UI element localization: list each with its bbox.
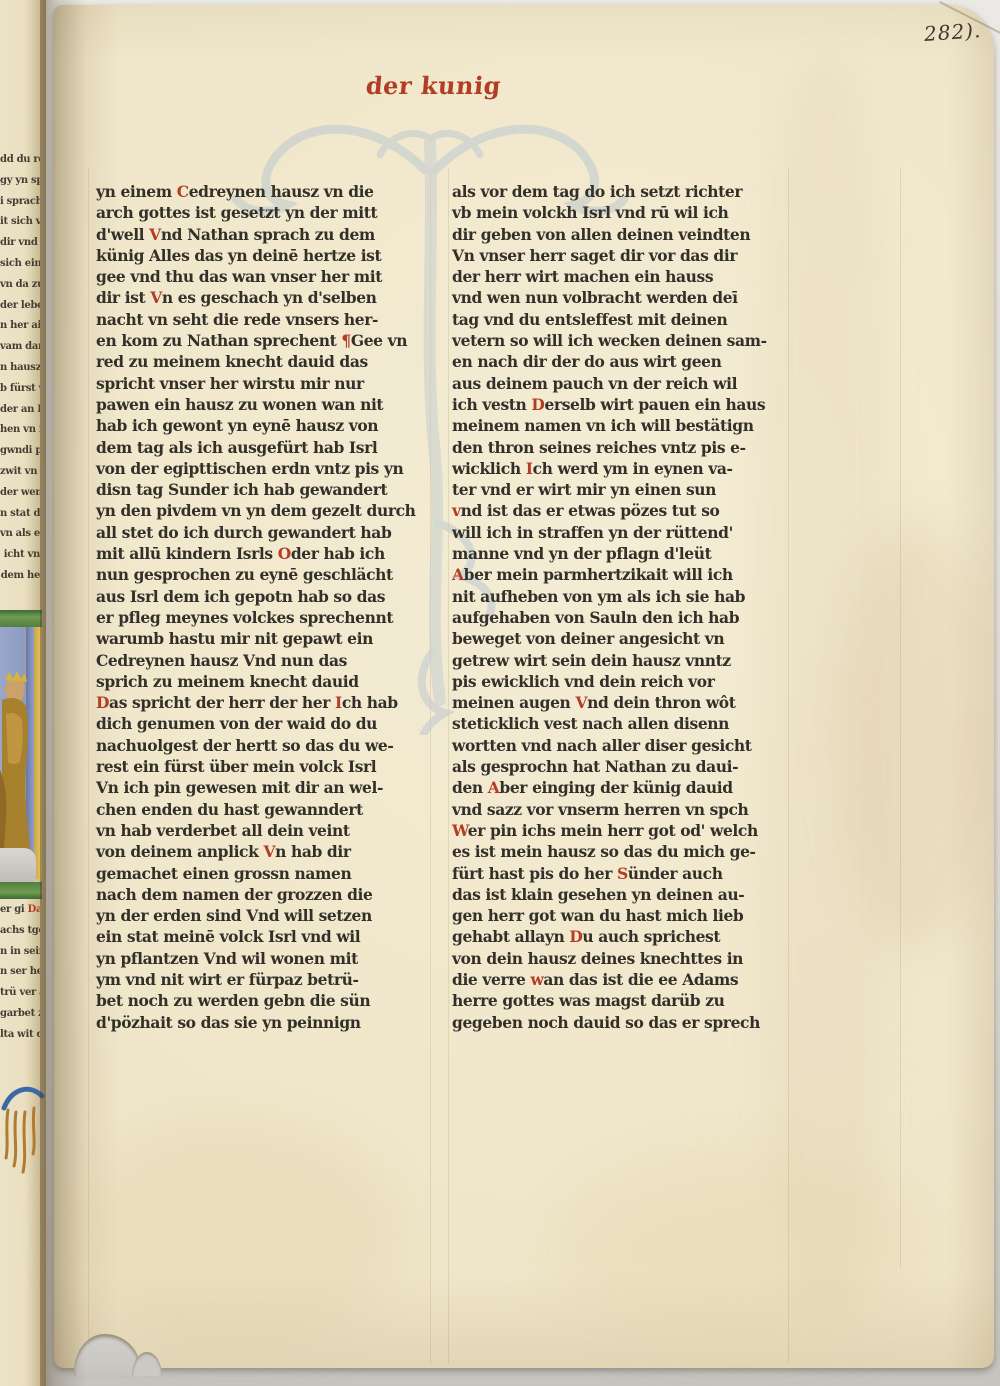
- text-line: dem tag als ich ausgefürt hab Isrl: [96, 437, 434, 458]
- red-initial: W: [452, 821, 468, 840]
- text-line: nit aufheben von ym als ich sie hab: [452, 586, 790, 607]
- text-line: gehabt allayn Du auch sprichest: [452, 926, 790, 947]
- red-initial: S: [617, 864, 628, 883]
- text-line: gen herr got wan du hast mich lieb: [452, 905, 790, 926]
- text-line: dich genumen von der waid do du: [96, 713, 434, 734]
- text-line: getrew wirt sein dein hausz vnntz: [452, 650, 790, 671]
- text-line: nun gesprochen zu eynē geschlächt: [96, 564, 434, 585]
- text-line: n hausz vnd: [0, 358, 40, 379]
- text-line: dd du rech: [0, 150, 40, 171]
- text-line: all stet do ich durch gewandert hab: [96, 522, 434, 543]
- text-line: von der egipttischen erdn vntz pis yn: [96, 458, 434, 479]
- text-line: hen vn ist: [0, 420, 40, 441]
- text-line: dir ist Vn es geschach yn d'selben: [96, 287, 434, 308]
- red-initial: C: [177, 182, 189, 201]
- red-initial: V: [150, 288, 162, 307]
- text-line: nacht vn seht die rede vnsers her-: [96, 309, 434, 330]
- text-line: icht vn: [0, 545, 40, 566]
- text-line: Aber mein parmhertzikait will ich: [452, 564, 790, 585]
- text-line: d'pözhait so das sie yn peinnign: [96, 1012, 434, 1033]
- text-line: chen enden du hast gewanndert: [96, 799, 434, 820]
- text-line: n ser herr ber: [0, 962, 40, 983]
- text-line: fürt hast pis do her Sünder auch: [452, 863, 790, 884]
- seated-king-figure: [0, 670, 36, 860]
- text-line: n stat dem: [0, 504, 40, 525]
- text-line: vn als er: [0, 524, 40, 545]
- text-line: en nach dir der do aus wirt geen: [452, 351, 790, 372]
- text-line: pawen ein hausz zu wonen wan nit: [96, 394, 434, 415]
- text-line: bet noch zu werden gebn die sün: [96, 990, 434, 1011]
- text-line: gee vnd thu das wan vnser her mit: [96, 266, 434, 287]
- text-line: d'well Vnd Nathan sprach zu dem: [96, 224, 434, 245]
- penwork-flourish: [0, 1082, 46, 1182]
- text-line: die verre wan das ist die ee Adams: [452, 969, 790, 990]
- text-line: wicklich Ich werd ym in eynen va-: [452, 458, 790, 479]
- text-line: der wen w: [0, 483, 40, 504]
- text-line: der herr wirt machen ein hauss: [452, 266, 790, 287]
- text-line: b fürst wit: [0, 379, 40, 400]
- red-initial: Daui: [28, 904, 40, 915]
- text-line: beweget von deiner angesicht vn: [452, 628, 790, 649]
- text-line: mit allū kindern Isrls Oder hab ich: [96, 543, 434, 564]
- red-initial: I: [526, 459, 533, 478]
- red-initial: ¶: [341, 331, 350, 350]
- text-line: Vn vnser herr saget dir vor das dir: [452, 245, 790, 266]
- text-line: achs tgo deū: [0, 921, 40, 942]
- text-line: vnd ist das er etwas pözes tut so: [452, 500, 790, 521]
- text-line: als gesprochn hat Nathan zu daui-: [452, 756, 790, 777]
- text-line: rest ein fürst über mein volck Isrl: [96, 756, 434, 777]
- rubric-header: der kunig: [365, 71, 503, 100]
- text-line: spricht vnser her wirstu mir nur: [96, 373, 434, 394]
- text-line: dir geben von allen deinen veindten: [452, 224, 790, 245]
- text-line: arch gottes ist gesetzt yn der mitt: [96, 202, 434, 223]
- miniature-base: [0, 848, 36, 882]
- text-line: hab ich gewont yn eynē hausz von: [96, 415, 434, 436]
- text-line: zwit vn me: [0, 462, 40, 483]
- text-line: meinen augen Vnd dein thron wôt: [452, 692, 790, 713]
- text-line: meinem namen vn ich will bestätign: [452, 415, 790, 436]
- text-line: als vor dem tag do ich setzt richter: [452, 181, 790, 202]
- text-line: it sich vo: [0, 212, 40, 233]
- red-initial: A: [452, 565, 464, 584]
- text-line: sprich zu meinem knecht dauid: [96, 671, 434, 692]
- text-line: von deinem anplick Vn hab dir: [96, 841, 434, 862]
- text-line: warumb hastu mir nit gepawt ein: [96, 628, 434, 649]
- text-line: den Aber einging der künig dauid: [452, 777, 790, 798]
- text-line: n in sein au: [0, 942, 40, 963]
- text-line: vetern so will ich wecken deinen sam-: [452, 330, 790, 351]
- text-line: der an Isrl: [0, 400, 40, 421]
- text-line: gwndi put: [0, 441, 40, 462]
- text-line: aus Isrl dem ich gepotn hab so das: [96, 586, 434, 607]
- text-line: trü ver alla: [0, 983, 40, 1004]
- text-line: gy yn spr: [0, 171, 40, 192]
- text-line: gemachet einen grossn namen: [96, 863, 434, 884]
- text-line: yn einem Cedreynen hausz vn die: [96, 181, 434, 202]
- text-line: vam dann: [0, 337, 40, 358]
- text-line: Vn ich pin gewesen mit dir an wel-: [96, 777, 434, 798]
- red-initial: V: [263, 842, 275, 861]
- text-line: sich einer an: [0, 254, 40, 275]
- red-initial: I: [335, 693, 342, 712]
- text-line: vn da zu sp: [0, 275, 40, 296]
- red-initial: V: [575, 693, 587, 712]
- facing-page-edge: dd du rechgy yn spri sprach zeit sich vo…: [0, 0, 46, 1386]
- text-line: Das spricht der herr der her Ich hab: [96, 692, 434, 713]
- miniature-illustration: [0, 610, 42, 902]
- folio-number: 282).: [923, 18, 982, 46]
- text-line: er pfleg meynes volckes sprechennt: [96, 607, 434, 628]
- text-line: dir vnd se: [0, 233, 40, 254]
- text-column-1: yn einem Cedreynen hausz vn diearch gott…: [96, 181, 434, 1033]
- text-line: ich vestn Derselb wirt pauen ein haus: [452, 394, 790, 415]
- red-initial: D: [531, 395, 544, 414]
- text-line: nach dem namen der grozzen die: [96, 884, 434, 905]
- red-initial: v: [452, 501, 461, 520]
- text-line: Cedreynen hausz Vnd nun das: [96, 650, 434, 671]
- miniature-top-border: [0, 610, 42, 627]
- ruling-line: [448, 168, 449, 1364]
- text-line: manne vnd yn der pflagn d'leüt: [452, 543, 790, 564]
- miniature-bottom-border: [0, 882, 42, 899]
- text-line: pis ewicklich vnd dein reich vor: [452, 671, 790, 692]
- text-line: vnd sazz vor vnserm herren vn spch: [452, 799, 790, 820]
- text-line: den thron seines reiches vntz pis e-: [452, 437, 790, 458]
- text-line: aufgehaben von Sauln den ich hab: [452, 607, 790, 628]
- text-line: ein stat meinē volck Isrl vnd wil: [96, 926, 434, 947]
- text-line: vn hab verderbet all dein veint: [96, 820, 434, 841]
- facing-page-text-fragments-upper: dd du rechgy yn spri sprach zeit sich vo…: [0, 150, 40, 596]
- text-line: er gi Daui: [0, 900, 40, 921]
- red-initial: w: [530, 970, 543, 989]
- text-line: yn der erden sind Vnd will setzen: [96, 905, 434, 926]
- text-line: lta wit do: [0, 1025, 40, 1046]
- facing-page-text-fragments-lower: er gi Dauiachs tgo deūn in sein aun ser …: [0, 900, 40, 1066]
- text-line: von dein hausz deines knechttes in: [452, 948, 790, 969]
- text-line: i sprach ze: [0, 192, 40, 213]
- text-line: vb mein volckh Isrl vnd rū wil ich: [452, 202, 790, 223]
- text-line: steticklich vest nach allen disenn: [452, 713, 790, 734]
- red-initial: O: [278, 544, 291, 563]
- text-line: Wer pin ichs mein herr got od' welch: [452, 820, 790, 841]
- text-line: nachuolgest der hertt so das du we-: [96, 735, 434, 756]
- text-line: dem he: [0, 566, 40, 587]
- text-line: red zu meinem knecht dauid das: [96, 351, 434, 372]
- ruling-line: [900, 168, 901, 1268]
- text-line: en kom zu Nathan sprechent ¶Gee vn: [96, 330, 434, 351]
- red-initial: D: [569, 927, 582, 946]
- text-line: will ich in straffen yn der rüttend': [452, 522, 790, 543]
- text-line: ter vnd er wirt mir yn einen sun: [452, 479, 790, 500]
- text-line: disn tag Sunder ich hab gewandert: [96, 479, 434, 500]
- ruling-line: [88, 168, 89, 1364]
- text-line: yn pflantzen Vnd wil wonen mit: [96, 948, 434, 969]
- text-line: garbet zu ka: [0, 1004, 40, 1025]
- manuscript-photo: dd du rechgy yn spri sprach zeit sich vo…: [0, 0, 1000, 1386]
- red-initial: D: [96, 693, 109, 712]
- text-line: yn den pivdem vn yn dem gezelt durch: [96, 500, 434, 521]
- text-line: aus deinem pauch vn der reich wil: [452, 373, 790, 394]
- text-line: n her ai da: [0, 316, 40, 337]
- text-line: vnd wen nun volbracht werden deī: [452, 287, 790, 308]
- text-column-2: als vor dem tag do ich setzt richtervb m…: [452, 181, 790, 1033]
- text-line: das ist klain gesehen yn deinen au-: [452, 884, 790, 905]
- text-line: wortten vnd nach aller diser gesicht: [452, 735, 790, 756]
- red-initial: A: [488, 778, 500, 797]
- text-line: tag vnd du entsleffest mit deinen: [452, 309, 790, 330]
- red-initial: V: [149, 225, 161, 244]
- text-line: ym vnd nit wirt er fürpaz betrü-: [96, 969, 434, 990]
- text-line: gegeben noch dauid so das er sprech: [452, 1012, 790, 1033]
- text-line: künig Alles das yn deinē hertze ist: [96, 245, 434, 266]
- text-line: herre gottes was magst darüb zu: [452, 990, 790, 1011]
- text-line: der lebet w: [0, 296, 40, 317]
- text-line: es ist mein hausz so das du mich ge-: [452, 841, 790, 862]
